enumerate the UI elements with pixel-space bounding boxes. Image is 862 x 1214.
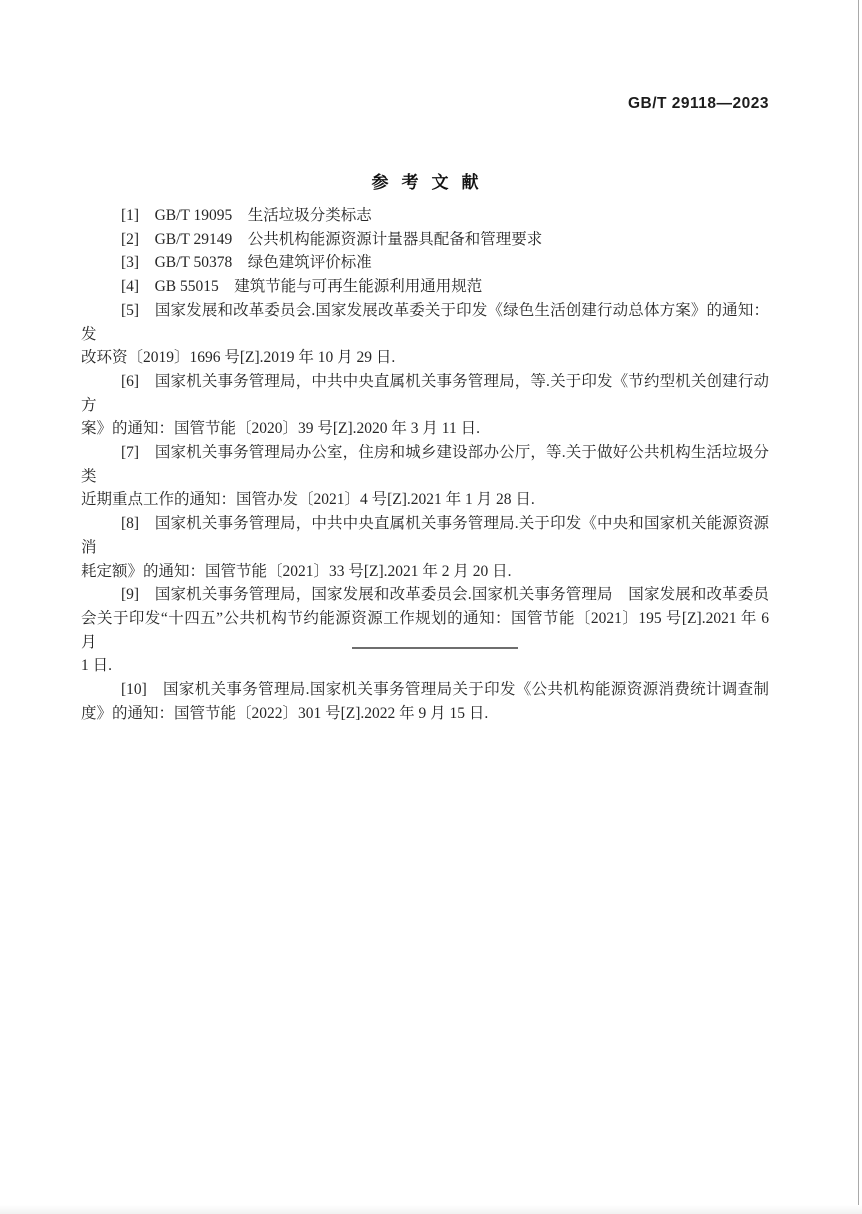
reference-number: [7]: [121, 444, 139, 461]
reference-line: 案》的通知：国管节能〔2020〕39 号[Z].2020 年 3 月 11 日.: [81, 417, 769, 441]
reference-text: 国家机关事务管理局办公室，住房和城乡建设部办公厅，等.关于做好公共机构生活垃圾分…: [81, 444, 769, 485]
reference-line: [10] 国家机关事务管理局.国家机关事务管理局关于印发《公共机构能源资源消费统…: [81, 678, 769, 702]
reference-number: [1]: [121, 207, 139, 224]
standard-number-header: GB/T 29118—2023: [81, 95, 769, 113]
reference-text: 国家机关事务管理局，国家发展和改革委员会.国家机关事务管理局 国家发展和改革委员: [155, 586, 769, 603]
reference-line: [3] GB/T 50378 绿色建筑评价标准: [81, 251, 769, 275]
reference-number: [4]: [121, 278, 139, 295]
reference-text: GB/T 29149 公共机构能源资源计量器具配备和管理要求: [155, 231, 543, 248]
reference-number: [9]: [121, 586, 139, 603]
reference-number: [10]: [121, 681, 147, 698]
reference-line: [7] 国家机关事务管理局办公室，住房和城乡建设部办公厅，等.关于做好公共机构生…: [81, 441, 769, 488]
reference-line: [4] GB 55015 建筑节能与可再生能源利用通用规范: [81, 275, 769, 299]
reference-text: 国家机关事务管理局，中共中央直属机关事务管理局.关于印发《中央和国家机关能源资源…: [81, 515, 769, 556]
reference-line: [8] 国家机关事务管理局，中共中央直属机关事务管理局.关于印发《中央和国家机关…: [81, 512, 769, 559]
reference-line: 近期重点工作的通知：国管办发〔2021〕4 号[Z].2021 年 1 月 28…: [81, 488, 769, 512]
reference-number: [6]: [121, 373, 139, 390]
reference-line: [5] 国家发展和改革委员会.国家发展改革委关于印发《绿色生活创建行动总体方案》…: [81, 299, 769, 346]
reference-number: [2]: [121, 231, 139, 248]
document-page: GB/T 29118—2023 参考文献 [1] GB/T 19095 生活垃圾…: [0, 0, 862, 1214]
reference-number: [8]: [121, 515, 139, 532]
page-title: 参考文献: [81, 168, 769, 193]
reference-line: [6] 国家机关事务管理局，中共中央直属机关事务管理局，等.关于印发《节约型机关…: [81, 370, 769, 417]
reference-number: [5]: [121, 302, 139, 319]
reference-line: [9] 国家机关事务管理局，国家发展和改革委员会.国家机关事务管理局 国家发展和…: [81, 583, 769, 607]
reference-line: 耗定额》的通知：国管节能〔2021〕33 号[Z].2021 年 2 月 20 …: [81, 560, 769, 584]
reference-number: [3]: [121, 254, 139, 271]
reference-text: 国家机关事务管理局，中共中央直属机关事务管理局，等.关于印发《节约型机关创建行动…: [81, 373, 769, 414]
end-of-document-rule: [352, 647, 518, 649]
reference-text: GB 55015 建筑节能与可再生能源利用通用规范: [155, 278, 483, 295]
scanned-page-right-edge: [858, 0, 859, 1208]
reference-text: GB/T 19095 生活垃圾分类标志: [155, 207, 372, 224]
reference-line: [2] GB/T 29149 公共机构能源资源计量器具配备和管理要求: [81, 228, 769, 252]
reference-line: 度》的通知：国管节能〔2022〕301 号[Z].2022 年 9 月 15 日…: [81, 702, 769, 726]
scanned-page-bottom-edge: [0, 1205, 862, 1214]
reference-line: 1 日.: [81, 654, 769, 678]
reference-text: GB/T 50378 绿色建筑评价标准: [155, 254, 372, 271]
reference-line: [1] GB/T 19095 生活垃圾分类标志: [81, 204, 769, 228]
reference-line: 改环资〔2019〕1696 号[Z].2019 年 10 月 29 日.: [81, 346, 769, 370]
reference-text: 国家机关事务管理局.国家机关事务管理局关于印发《公共机构能源资源消费统计调查制: [163, 681, 769, 698]
reference-text: 国家发展和改革委员会.国家发展改革委关于印发《绿色生活创建行动总体方案》的通知：…: [81, 302, 769, 343]
